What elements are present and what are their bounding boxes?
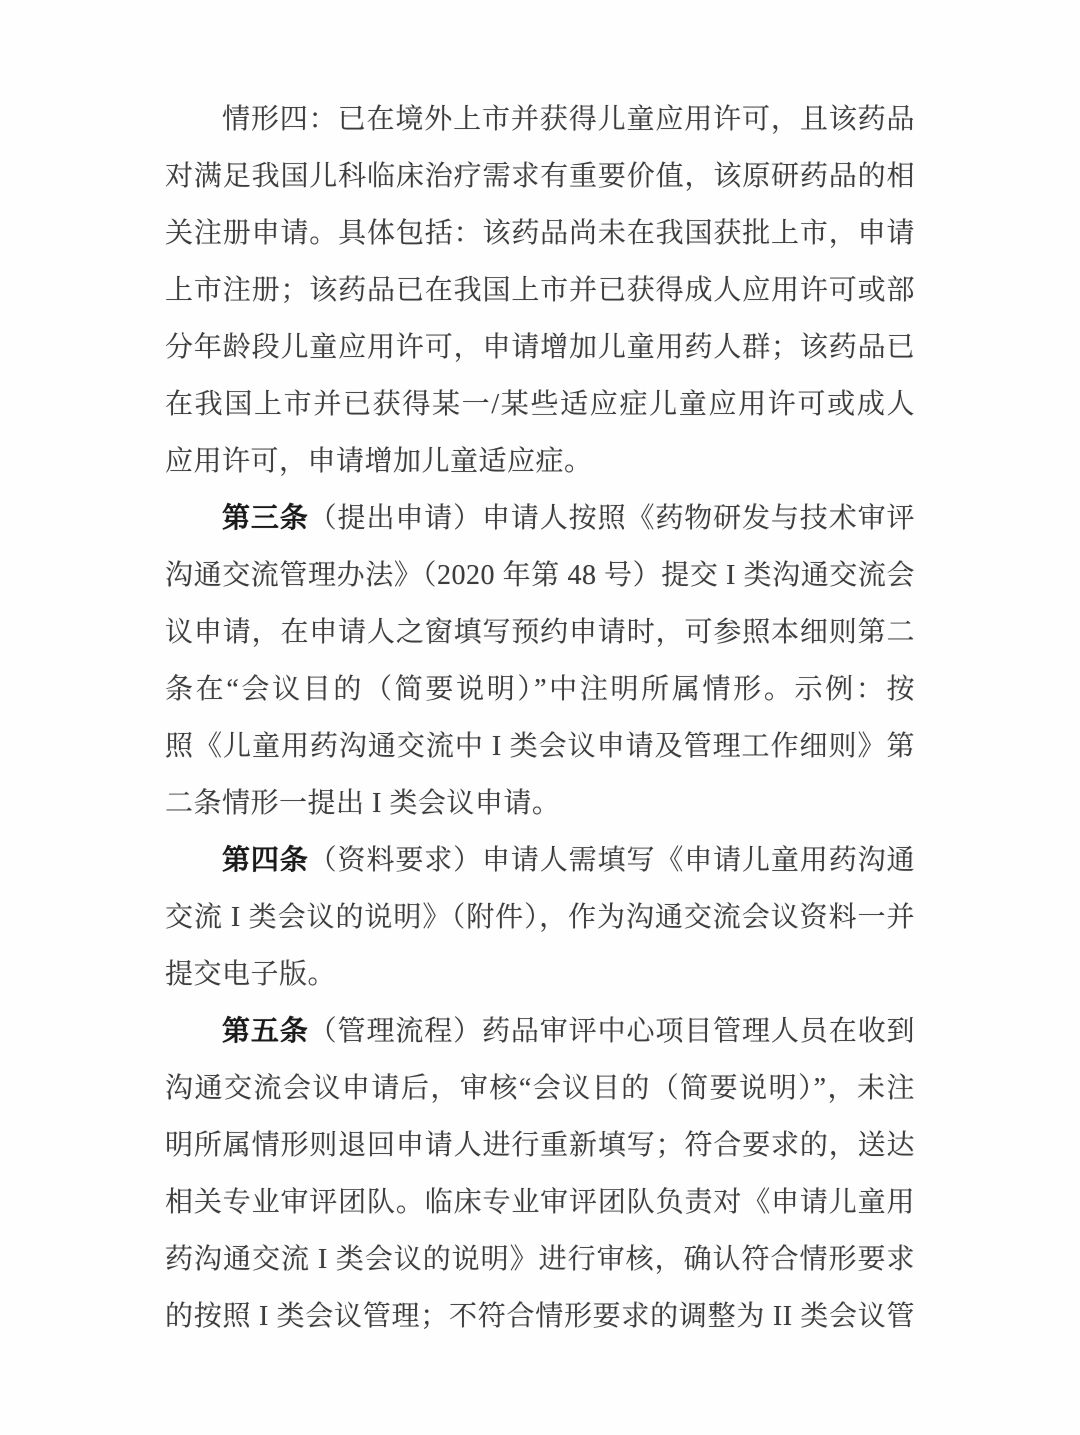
text-line: 提交电子版。 bbox=[165, 946, 915, 1003]
article-number: 第五条 bbox=[222, 1016, 309, 1047]
document-body: 情形四：已在境外上市并获得儿童应用许可，且该药品对满足我国儿科临床治疗需求有重要… bbox=[165, 91, 915, 1345]
text-line: 第三条（提出申请）申请人按照《药物研发与技术审评 bbox=[165, 490, 915, 547]
line-text: （资料要求）申请人需填写《申请儿童用药沟通 bbox=[309, 845, 915, 876]
text-line: 第五条（管理流程）药品审评中心项目管理人员在收到 bbox=[165, 1003, 915, 1060]
text-line: 对满足我国儿科临床治疗需求有重要价值，该原研药品的相 bbox=[165, 148, 915, 205]
text-line: 沟通交流会议申请后，审核“会议目的（简要说明）”，未注 bbox=[165, 1060, 915, 1117]
text-line: 沟通交流管理办法》（2020 年第 48 号）提交 I 类沟通交流会 bbox=[165, 547, 915, 604]
text-line: 照《儿童用药沟通交流中 I 类会议申请及管理工作细则》第 bbox=[165, 718, 915, 775]
text-line: 条在“会议目的（简要说明）”中注明所属情形。示例：按 bbox=[165, 661, 915, 718]
text-line: 议申请，在申请人之窗填写预约申请时，可参照本细则第二 bbox=[165, 604, 915, 661]
text-line: 交流 I 类会议的说明》（附件），作为沟通交流会议资料一并 bbox=[165, 889, 915, 946]
text-line: 相关专业审评团队。临床专业审评团队负责对《申请儿童用 bbox=[165, 1174, 915, 1231]
text-line: 上市注册；该药品已在我国上市并已获得成人应用许可或部 bbox=[165, 262, 915, 319]
text-line: 关注册申请。具体包括：该药品尚未在我国获批上市，申请 bbox=[165, 205, 915, 262]
text-line: 分年龄段儿童应用许可，申请增加儿童用药人群；该药品已 bbox=[165, 319, 915, 376]
document-page: 情形四：已在境外上市并获得儿童应用许可，且该药品对满足我国儿科临床治疗需求有重要… bbox=[0, 0, 1080, 1435]
article-number: 第四条 bbox=[222, 845, 309, 876]
text-line: 情形四：已在境外上市并获得儿童应用许可，且该药品 bbox=[165, 91, 915, 148]
text-line: 应用许可，申请增加儿童适应症。 bbox=[165, 433, 915, 490]
line-text: （提出申请）申请人按照《药物研发与技术审评 bbox=[309, 503, 915, 534]
text-line: 的按照 I 类会议管理；不符合情形要求的调整为 II 类会议管 bbox=[165, 1288, 915, 1345]
line-text: （管理流程）药品审评中心项目管理人员在收到 bbox=[309, 1016, 915, 1047]
text-line: 第四条（资料要求）申请人需填写《申请儿童用药沟通 bbox=[165, 832, 915, 889]
text-line: 药沟通交流 I 类会议的说明》进行审核，确认符合情形要求 bbox=[165, 1231, 915, 1288]
text-line: 二条情形一提出 I 类会议申请。 bbox=[165, 775, 915, 832]
text-line: 明所属情形则退回申请人进行重新填写；符合要求的，送达 bbox=[165, 1117, 915, 1174]
text-line: 在我国上市并已获得某一/某些适应症儿童应用许可或成人 bbox=[165, 376, 915, 433]
article-number: 第三条 bbox=[222, 503, 309, 534]
